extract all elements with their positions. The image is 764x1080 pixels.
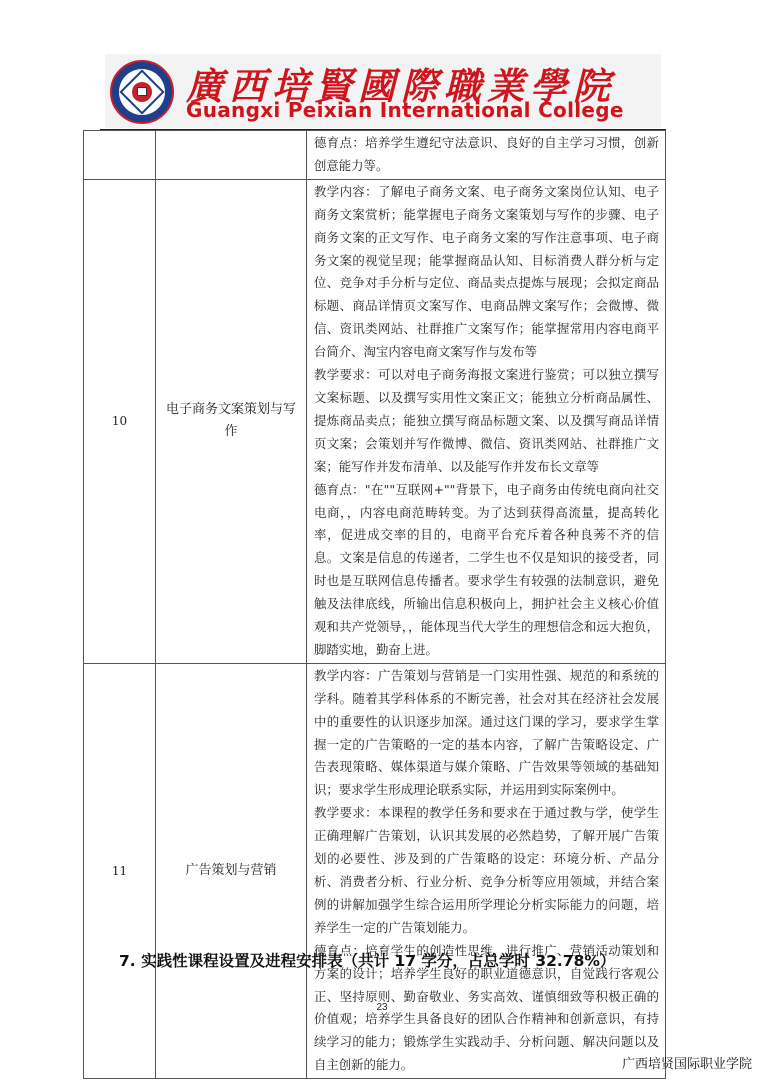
table-row: 德育点：培养学生遵纪守法意识、良好的自主学习习惯，创新创意能力等。 [84,131,666,180]
book-icon [137,87,147,96]
course-number: 10 [84,179,156,663]
teaching-requirements: 教学要求：可以对电子商务海报文案进行鉴赏；可以独立撰写文案标题、以及撰写实用性文… [314,364,659,479]
table-row: 10 电子商务文案策划与写作 教学内容：了解电子商务文案、电子商务文案岗位认知、… [84,179,666,663]
course-number [84,131,156,180]
teaching-requirements: 教学要求：本课程的教学任务和要求在于通过教与学，使学生正确理解广告策划，认识其发… [314,802,659,939]
course-description: 教学内容：广告策划与营销是一门实用性强、规范的和系统的学科。随着其学科体系的不断… [307,663,666,1078]
course-table: 德育点：培养学生遵纪守法意识、良好的自主学习习惯，创新创意能力等。 10 电子商… [83,130,666,1079]
course-description: 教学内容：了解电子商务文案、电子商务文案岗位认知、电子商务文案赏析；能掌握电子商… [307,179,666,663]
teaching-content: 教学内容：广告策划与营销是一门实用性强、规范的和系统的学科。随着其学科体系的不断… [314,665,659,802]
section-heading: 7. 实践性课程设置及进程安排表（共计 17 学分，占总学时 32.78%） [119,949,615,971]
footer-organization: 广西培贤国际职业学院 [622,1053,752,1072]
course-description: 德育点：培养学生遵纪守法意识、良好的自主学习习惯，创新创意能力等。 [307,131,666,180]
page-number: 23 [0,1002,764,1013]
moral-education-point: 德育点：培养学生遵纪守法意识、良好的自主学习习惯，创新创意能力等。 [314,132,659,178]
college-emblem-icon [110,60,174,124]
course-name [156,131,307,180]
course-number: 11 [84,663,156,1078]
teaching-content: 教学内容：了解电子商务文案、电子商务文案岗位认知、电子商务文案赏析；能掌握电子商… [314,181,659,364]
moral-education-point: 德育点："在""互联网+""背景下，电子商务由传统电商向社交电商，，内容电商范畴… [314,479,659,662]
table-row: 11 广告策划与营销 教学内容：广告策划与营销是一门实用性强、规范的和系统的学科… [84,663,666,1078]
course-name: 广告策划与营销 [156,663,307,1078]
course-name: 电子商务文案策划与写作 [156,179,307,663]
college-name-english: Guangxi Peixian International College [186,98,624,122]
